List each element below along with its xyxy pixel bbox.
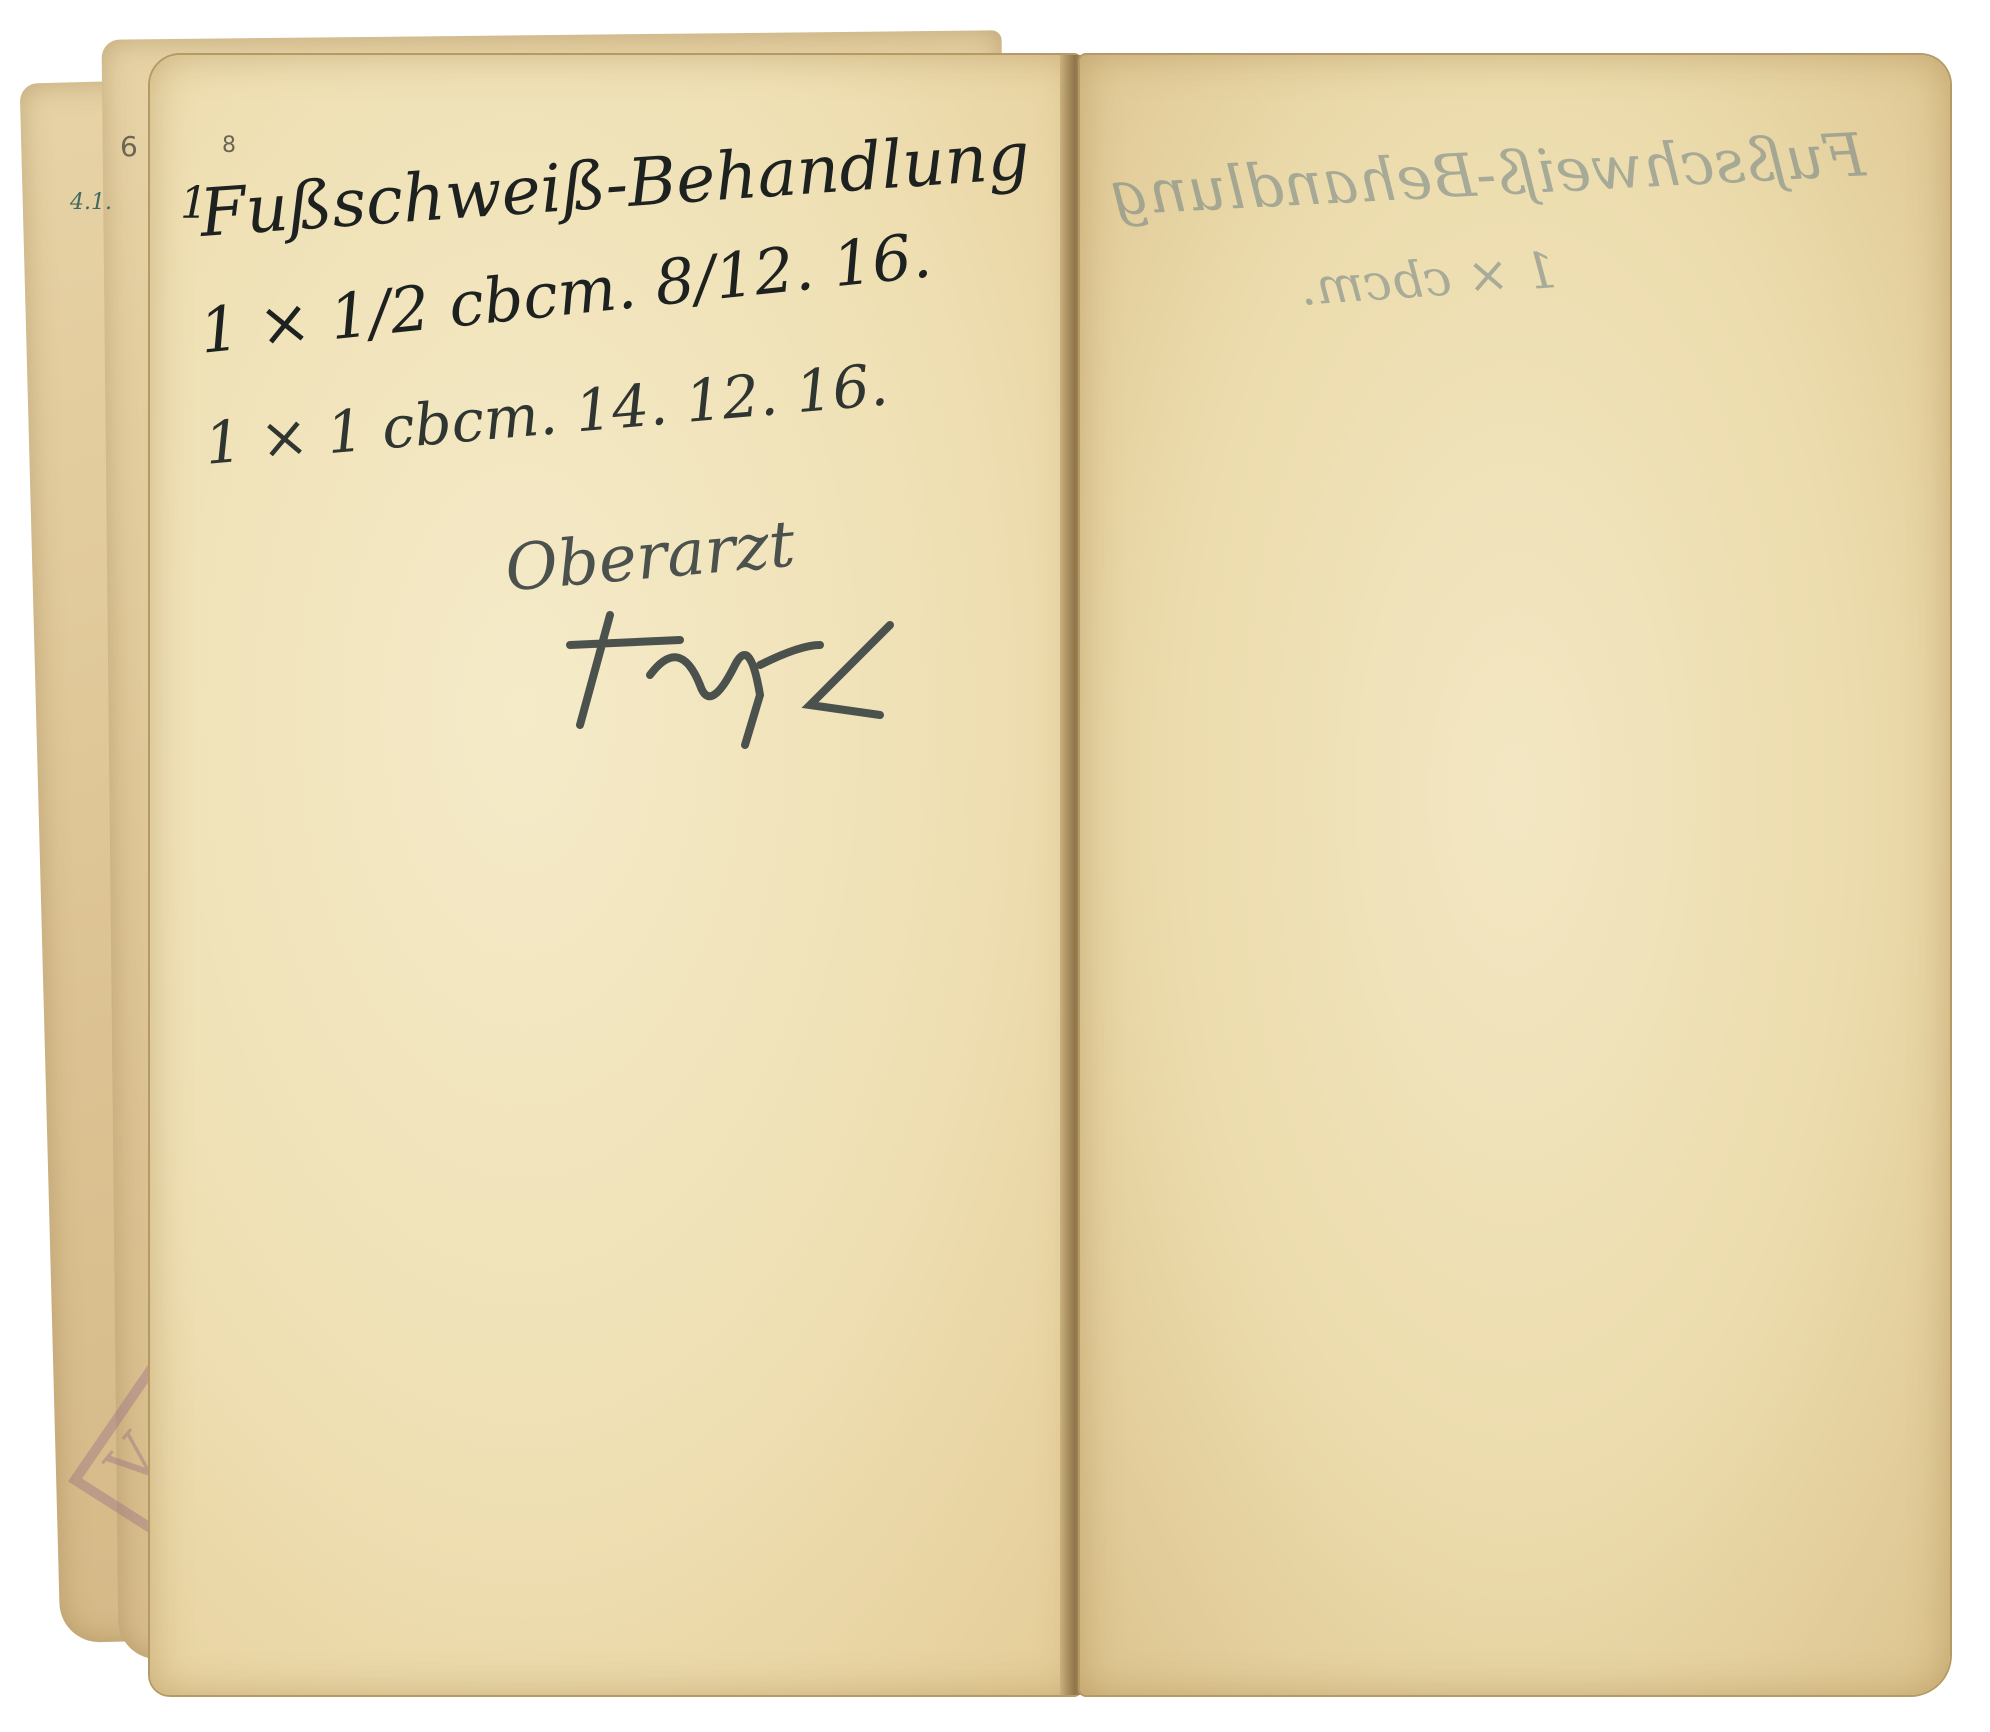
signature-scrawl (560, 605, 920, 755)
left-page-number: 8 (222, 133, 236, 158)
entry-2-quantity: 1 × 1 (202, 396, 367, 478)
underlying-margin-note: 4.1. (70, 190, 112, 215)
underlying-page-number-6: 6 (120, 130, 138, 163)
